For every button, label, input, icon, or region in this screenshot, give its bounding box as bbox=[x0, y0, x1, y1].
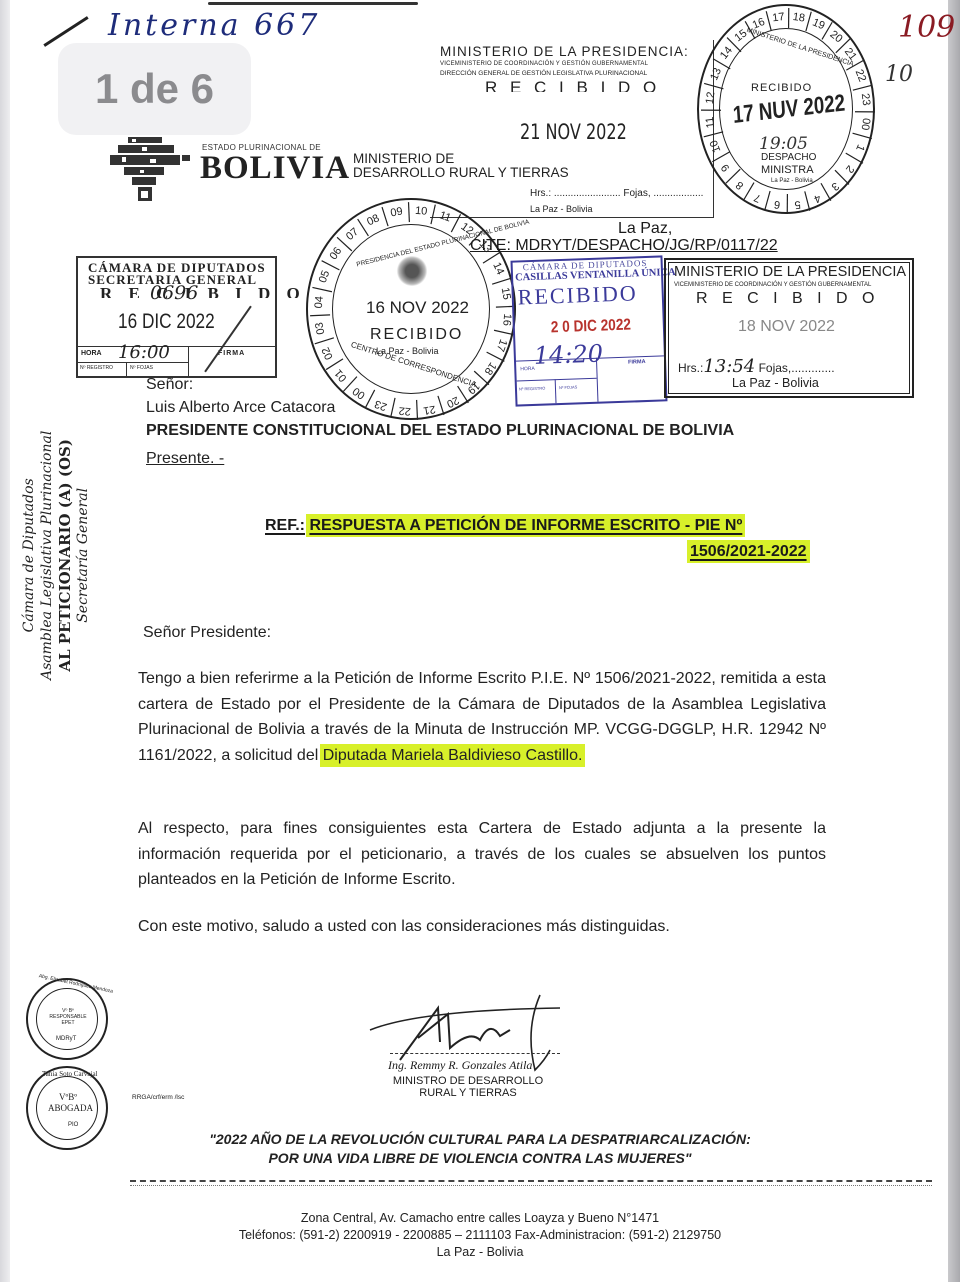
reference: REF.: RESPUESTA A PETICIÓN DE INFORME ES… bbox=[265, 517, 742, 535]
svg-text:11: 11 bbox=[704, 116, 717, 129]
svg-text:18: 18 bbox=[792, 11, 806, 25]
registro-label: Nº REGISTRO bbox=[80, 365, 113, 371]
stamp-al-peticionario: Cámara de Diputados Asamblea Legislativa… bbox=[20, 431, 92, 680]
svg-text:03: 03 bbox=[313, 321, 327, 335]
svg-text:23: 23 bbox=[859, 93, 872, 107]
stamp-handwritten-time: 19:05 bbox=[759, 134, 808, 154]
stamp-despacho-ministra: 161718192021222300123456789101112131415 … bbox=[697, 4, 875, 214]
svg-text:08: 08 bbox=[365, 212, 381, 228]
svg-text:05: 05 bbox=[317, 269, 332, 285]
paragraph-3: Con este motivo, saludo a usted con las … bbox=[138, 914, 670, 940]
svg-text:22: 22 bbox=[853, 68, 869, 84]
page-indicator: 1 de 6 bbox=[58, 43, 251, 135]
stamp-subtitle: VICEMINISTERIO DE COORDINACIÓN Y GESTIÓN… bbox=[674, 282, 871, 288]
stamp-subtitle-1: VICEMINISTERIO DE COORDINACIÓN Y GESTIÓN… bbox=[440, 61, 648, 67]
svg-text:9: 9 bbox=[719, 162, 732, 174]
recipient-name: Luis Alberto Arce Catacora bbox=[146, 395, 335, 421]
stamp-status: R E C I B I D O bbox=[100, 284, 306, 298]
recipient-role: PRESIDENTE CONSTITUCIONAL DEL ESTADO PLU… bbox=[146, 418, 734, 444]
stamp-place: La Paz - Bolivia bbox=[771, 178, 813, 184]
seal-center-text: VºBº ABOGADA bbox=[48, 1092, 88, 1114]
svg-text:17: 17 bbox=[494, 337, 509, 353]
svg-text:07: 07 bbox=[344, 226, 361, 243]
svg-text:10: 10 bbox=[415, 205, 428, 218]
svg-text:3: 3 bbox=[829, 180, 841, 193]
svg-text:01: 01 bbox=[332, 367, 349, 384]
stamp-title: MINISTERIO DE LA PRESIDENCIA: bbox=[440, 44, 689, 59]
footer-city: La Paz - Bolivia bbox=[150, 1244, 810, 1261]
stamp-place: La Paz - Bolivia bbox=[530, 204, 593, 214]
stamp-ventanilla-unica: CÁMARA DE DIPUTADOS CASILLAS VENTANILLA … bbox=[510, 255, 667, 406]
svg-text:8: 8 bbox=[734, 179, 746, 192]
handwritten-folio: 109 bbox=[898, 10, 955, 45]
stamp-hrs-row: Hrs.: ........................ Fojas, ..… bbox=[530, 188, 703, 199]
stamp-date: 16 DIC 2022 bbox=[118, 310, 215, 334]
stamp-date: 18 NOV 2022 bbox=[738, 318, 835, 336]
initials: RRGA/crf/erm /lsc bbox=[132, 1094, 184, 1101]
svg-text:12: 12 bbox=[704, 91, 718, 105]
greeting: Señor Presidente: bbox=[143, 620, 271, 646]
hora-value: 16:00 bbox=[118, 342, 170, 363]
svg-text:1: 1 bbox=[853, 143, 866, 153]
signer-name: Ing. Remmy R. Gonzales Atila bbox=[388, 1058, 532, 1073]
svg-text:17: 17 bbox=[772, 11, 786, 24]
svg-text:16: 16 bbox=[500, 313, 513, 326]
hora-label: HORA bbox=[81, 350, 102, 357]
coat-of-arms-icon bbox=[396, 256, 428, 286]
registro-label: Nº REGISTRO bbox=[519, 386, 546, 392]
highlighted-deputy-name: Diputada Mariela Baldivieso Castillo. bbox=[323, 747, 583, 764]
svg-text:11: 11 bbox=[438, 209, 453, 224]
svg-text:14: 14 bbox=[718, 45, 735, 62]
stamp-status: RECIBIDO bbox=[517, 280, 638, 310]
svg-text:00: 00 bbox=[859, 117, 873, 131]
svg-text:6: 6 bbox=[773, 198, 781, 211]
stamp-place: La Paz - Bolivia bbox=[732, 376, 819, 390]
svg-text:5: 5 bbox=[794, 198, 802, 211]
svg-text:18: 18 bbox=[482, 360, 499, 377]
hora-value: 14:20 bbox=[533, 340, 603, 370]
stamp-date: 16 NOV 2022 bbox=[366, 298, 469, 318]
bolivia-emblem-logo bbox=[110, 135, 190, 207]
seal-abogada: Tania Soto Carvajal VºBº ABOGADA PIO bbox=[26, 1066, 108, 1150]
svg-text:4: 4 bbox=[812, 192, 822, 205]
hora-label: HORA bbox=[520, 366, 535, 373]
seal-ring-text: Tania Soto Carvajal bbox=[42, 1070, 98, 1078]
letterhead-state-name: BOLIVIA bbox=[200, 150, 350, 187]
svg-text:14: 14 bbox=[490, 261, 506, 277]
viewer-scrollbar[interactable] bbox=[948, 0, 960, 1282]
svg-text:20: 20 bbox=[828, 28, 845, 45]
svg-text:19: 19 bbox=[811, 16, 827, 32]
stamp-presidencia-estado: 0910111213141516171819202122230001020304… bbox=[306, 198, 516, 420]
stamp-status: RECIBIDO bbox=[370, 326, 463, 344]
presente: Presente. - bbox=[146, 446, 224, 472]
side-line-3: AL PETICIONARIO (A) (OS) bbox=[56, 431, 74, 680]
stamp-title: MINISTERIO DE LA PRESIDENCIA bbox=[674, 264, 906, 280]
stamp-handwritten-number: 0696 bbox=[150, 282, 198, 304]
reference-continued: 1506/2021-2022 bbox=[690, 543, 807, 561]
letter-place: La Paz, bbox=[618, 220, 672, 238]
firma-label: FIRMA bbox=[628, 359, 646, 366]
stamp-camara-secretaria: CÁMARA DE DIPUTADOS SECRETARIA GENERAL R… bbox=[76, 256, 277, 378]
footer-address: Zona Central, Av. Camacho entre calles L… bbox=[150, 1210, 810, 1227]
stamp-status: RECIBIDO bbox=[751, 82, 812, 94]
side-line-4: Secretaría General bbox=[74, 431, 92, 680]
stamp-presidencia-dggl: MINISTERIO DE LA PRESIDENCIA: VICEMINIST… bbox=[430, 40, 714, 218]
paragraph-1: Tengo a bien referirme a la Petición de … bbox=[138, 666, 826, 768]
signer-title: MINISTRO DE DESARROLLO RURAL Y TIERRAS bbox=[388, 1075, 548, 1099]
ref-label: REF.: bbox=[265, 517, 305, 534]
stamp-date: 21 NOV 2022 bbox=[520, 120, 627, 144]
motto-line-1: "2022 AÑO DE LA REVOLUCIÓN CULTURAL PARA… bbox=[150, 1130, 810, 1149]
salutation-title: Señor: bbox=[146, 372, 193, 398]
stamp-subtitle-2: DIRECCIÓN GENERAL DE GESTIÓN LEGISLATIVA… bbox=[440, 70, 647, 77]
stamp-status: R E C I B I D O bbox=[485, 78, 660, 92]
ref-line-2: 1506/2021-2022 bbox=[690, 543, 807, 560]
svg-text:00: 00 bbox=[351, 385, 368, 402]
svg-text:7: 7 bbox=[752, 191, 762, 204]
stamp-line-1: DESPACHO bbox=[761, 152, 816, 163]
side-line-2: Asamblea Legislativa Plurinacional bbox=[38, 431, 56, 680]
stamp-hrs-row: Hrs.:13:54 Fojas,............. bbox=[678, 356, 835, 377]
fojas-label: Nº FOJAS bbox=[130, 365, 153, 371]
seal-bottom-text: PIO bbox=[68, 1122, 78, 1128]
stamp-presidencia-vcgg: MINISTERIO DE LA PRESIDENCIA VICEMINISTE… bbox=[664, 258, 914, 398]
handwritten-sub-folio: 10 bbox=[885, 62, 913, 87]
ref-line-1: RESPUESTA A PETICIÓN DE INFORME ESCRITO … bbox=[309, 517, 742, 534]
seal-center-text: Vº Bº RESPONSABLE EPET bbox=[44, 1008, 92, 1026]
svg-text:22: 22 bbox=[398, 404, 411, 417]
svg-text:09: 09 bbox=[390, 205, 404, 219]
letter-cite: CITE: MDRYT/DESPACHO/JG/RP/0117/22 bbox=[470, 237, 778, 255]
paragraph-2: Al respecto, para fines consiguientes es… bbox=[138, 816, 826, 893]
svg-text:04: 04 bbox=[313, 296, 326, 309]
svg-text:21: 21 bbox=[422, 403, 436, 417]
seal-bottom-text: MDRyT bbox=[56, 1036, 76, 1042]
stamp-status: R E C I B I D O bbox=[696, 290, 879, 308]
seal-responsable-epet: Abg. Elizabet Rodriguez Mendoza Vº Bº RE… bbox=[26, 978, 108, 1060]
svg-text:10: 10 bbox=[708, 138, 724, 154]
motto-line-2: POR UNA VIDA LIBRE DE VIOLENCIA CONTRA L… bbox=[150, 1149, 810, 1168]
fojas-label: Nº FOJAS bbox=[559, 384, 578, 390]
svg-text:2: 2 bbox=[843, 163, 856, 175]
svg-text:06: 06 bbox=[327, 245, 344, 262]
side-line-1: Cámara de Diputados bbox=[20, 431, 38, 680]
signer-title-1: MINISTRO DE DESARROLLO bbox=[388, 1075, 548, 1087]
footer-divider bbox=[130, 1180, 932, 1186]
footer-phones: Teléfonos: (591-2) 2200919 - 2200885 – 2… bbox=[150, 1227, 810, 1244]
svg-text:23: 23 bbox=[373, 397, 389, 412]
firma-label: FIRMA bbox=[218, 350, 245, 357]
svg-text:20: 20 bbox=[445, 394, 461, 410]
signer-title-2: RURAL Y TIERRAS bbox=[388, 1087, 548, 1099]
top-pen-mark bbox=[208, 2, 418, 5]
signature-line bbox=[390, 1053, 560, 1054]
svg-text:13: 13 bbox=[708, 66, 724, 82]
handwritten-note: Interna 667 bbox=[108, 8, 320, 43]
stamp-line-2: MINISTRA bbox=[761, 164, 814, 176]
viewer-left-edge bbox=[0, 0, 10, 1282]
institutional-motto: "2022 AÑO DE LA REVOLUCIÓN CULTURAL PARA… bbox=[150, 1130, 810, 1168]
stamp-date: 2 0 DIC 2022 bbox=[551, 317, 632, 338]
footer-contact: Zona Central, Av. Camacho entre calles L… bbox=[150, 1210, 810, 1261]
svg-text:02: 02 bbox=[320, 345, 336, 361]
